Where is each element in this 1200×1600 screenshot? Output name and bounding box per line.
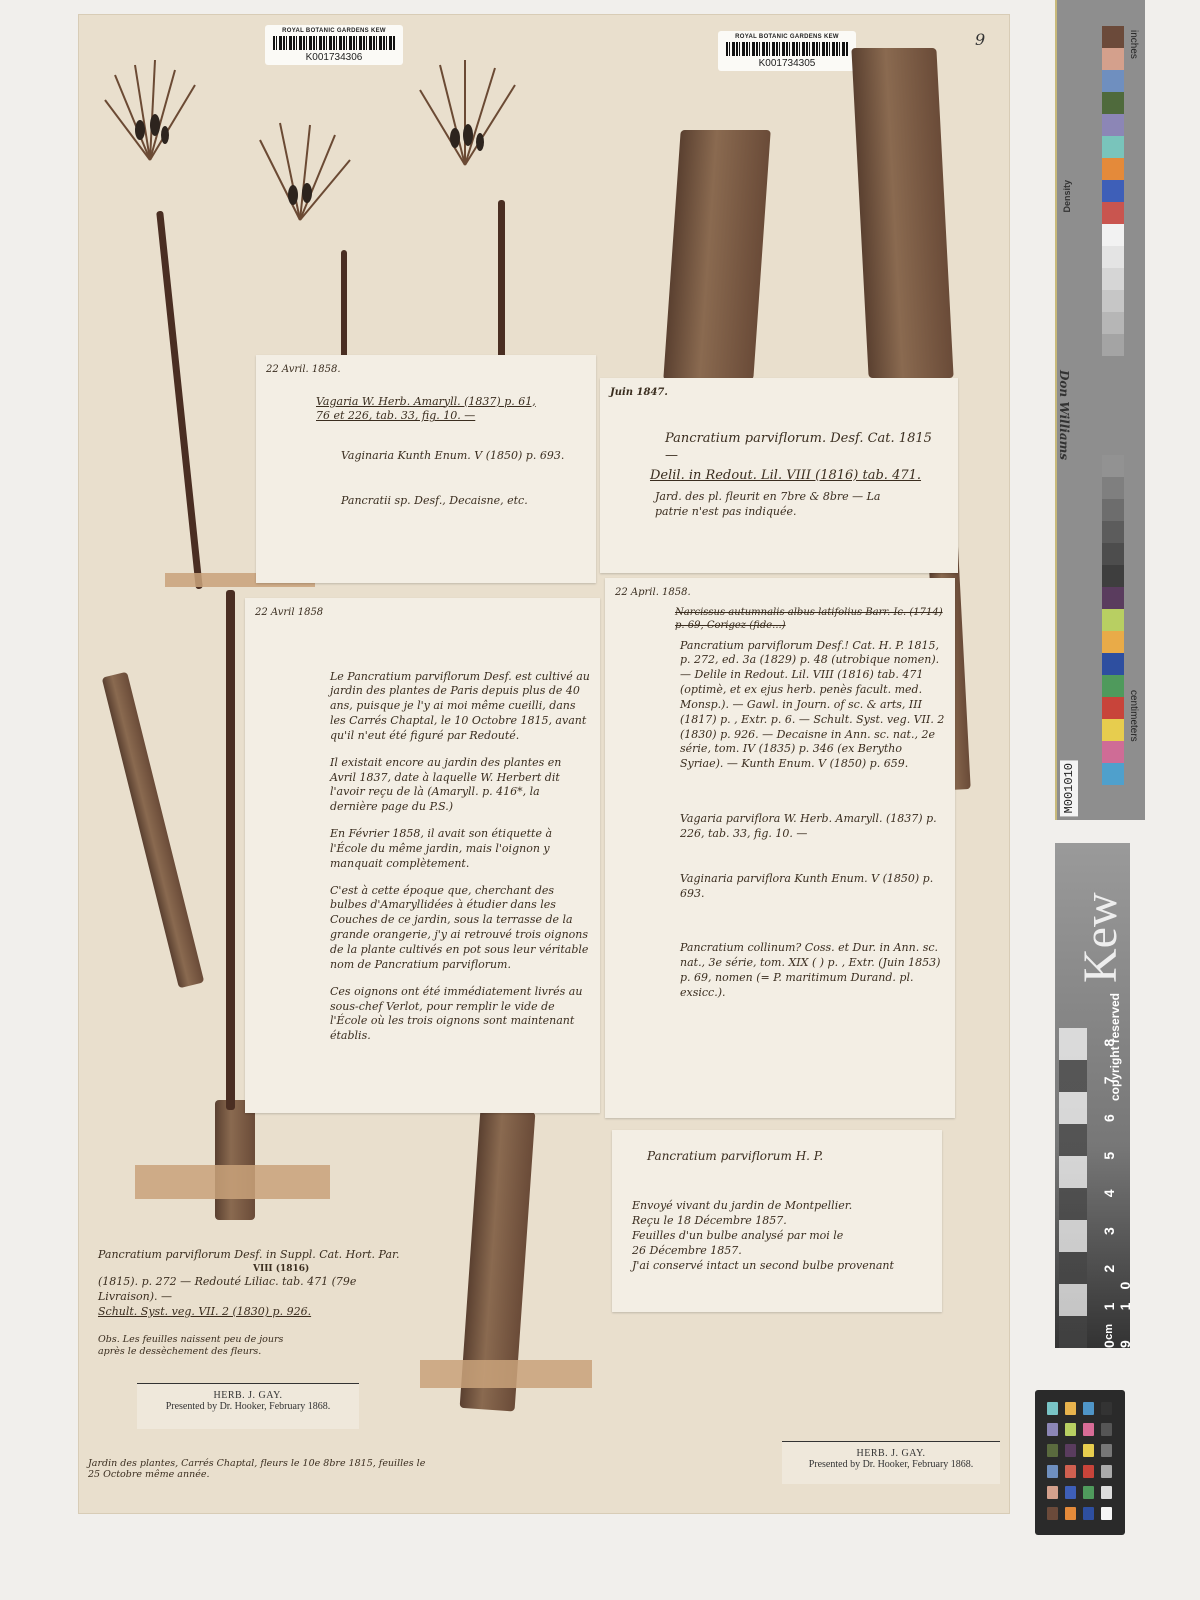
label-line: Pancratium parviflorum. Desf. Cat. 1815 … [665,430,948,465]
color-swatch [1102,26,1124,48]
checker-patch [1065,1486,1076,1499]
kew-logo: Kew [1073,892,1128,983]
label-date: Juin 1847. [610,386,948,400]
label-date: 22 April. 1858. [615,586,945,600]
label-line: Vaginaria Kunth Enum. V (1850) p. 693. [341,449,586,464]
color-swatch [1102,587,1124,609]
color-swatch [1102,675,1124,697]
color-swatch [1102,631,1124,653]
color-swatch [1102,719,1124,741]
label-line: Reçu le 18 Décembre 1857. [632,1214,932,1229]
herbarium-name: HERB. J. GAY. [782,1448,1000,1459]
color-swatch [1102,312,1124,334]
checker-patch [1047,1402,1058,1415]
color-swatch [1102,268,1124,290]
color-swatch [1102,246,1124,268]
unit-inches: inches [1128,30,1139,59]
checker-patch [1083,1444,1094,1457]
barcode-bars-icon [273,36,395,50]
checker-patch [1065,1402,1076,1415]
color-swatch [1102,48,1124,70]
catalog-id: M001010 [1060,760,1078,816]
label-line: Jard. des pl. fleurit en 7bre & 8bre — L… [655,490,948,505]
label-line: 26 Décembre 1857. [632,1244,932,1259]
barcode-bars-icon [726,42,848,56]
checker-patch [1047,1486,1058,1499]
checker-patch [1083,1465,1094,1478]
label-paragraph: En Février 1858, il avait son étiquette … [330,827,590,872]
color-swatch [1102,499,1124,521]
checker-gray-patch [1101,1402,1112,1415]
brand-label: Don Williams [1057,370,1071,460]
label-line: 76 et 226, tab. 33, fig. 10. — [316,409,586,424]
checker-patch [1083,1486,1094,1499]
color-swatch [1102,565,1124,587]
ruler-scale-bars [1059,1028,1087,1348]
barcode-institution: ROYAL BOTANIC GARDENS KEW [265,28,403,34]
mounting-tape [135,1165,330,1199]
struck-text: Narcissus autumnalis albus latifolius Ba… [675,606,945,633]
checker-patch [1047,1507,1058,1520]
color-swatch [1102,543,1124,565]
determination-label-vagaria: 22 Avril. 1858. Vagaria W. Herb. Amaryll… [256,355,596,583]
provenance-label-montpellier: Pancratium parviflorum H. P. Envoyé viva… [612,1130,942,1312]
herbarium-donor: Presented by Dr. Hooker, February 1868. [782,1459,1000,1470]
label-paragraph: Ces oignons ont été immédiatement livrés… [330,985,590,1044]
color-swatch [1102,224,1124,246]
color-swatch [1102,70,1124,92]
checker-patch [1065,1507,1076,1520]
color-swatch [1102,521,1124,543]
label-date: 22 Avril. 1858. [266,363,586,377]
color-swatch [1102,92,1124,114]
color-swatch [1102,477,1124,499]
checker-patch [1047,1444,1058,1457]
color-swatch [1102,158,1124,180]
barcode-label-1: ROYAL BOTANIC GARDENS KEW K001734306 [265,25,403,65]
herbarium-label-gay-left: HERB. J. GAY. Presented by Dr. Hooker, F… [137,1383,359,1429]
collection-note-line: 25 Octobre même année. [88,1469,438,1480]
label-line: Pancratium parviflorum Desf. in Suppl. C… [98,1248,413,1263]
herbarium-donor: Presented by Dr. Hooker, February 1868. [137,1401,359,1412]
color-swatch [1102,455,1124,477]
herbarium-name: HERB. J. GAY. [137,1390,359,1401]
kew-scale-ruler: Kew 0 1 2 3 4 5 6 7 8 9 10 copyright res… [1055,843,1130,1348]
ruler-unit: cm [1103,1324,1115,1340]
label-paragraph: Vaginaria parviflora Kunth Enum. V (1850… [680,872,945,902]
collection-note: Jardin des plantes, Carrés Chaptal, fleu… [88,1458,438,1480]
color-swatch [1102,136,1124,158]
barcode-number: K001734306 [265,52,403,63]
determination-label-juin-1847: Juin 1847. Pancratium parviflorum. Desf.… [600,378,958,573]
checker-patch [1047,1423,1058,1436]
scape-stem [341,250,347,360]
color-swatch [1102,202,1124,224]
annotation-label-avril-1858: 22 Avril 1858 Le Pancratium parviflorum … [245,598,600,1113]
checker-gray-patch [1101,1507,1112,1520]
checker-patch [1083,1402,1094,1415]
color-swatch [1102,741,1124,763]
density-label: Density [1062,180,1072,213]
color-swatch [1102,653,1124,675]
barcode-institution: ROYAL BOTANIC GARDENS KEW [718,34,856,40]
label-line: Schult. Syst. veg. VII. 2 (1830) p. 926. [98,1305,413,1320]
color-swatch [1102,697,1124,719]
label-line: VIII (1816) [253,1263,413,1275]
leaf-blade [663,130,770,380]
checker-patch [1065,1444,1076,1457]
label-paragraph: Vagaria parviflora W. Herb. Amaryll. (18… [680,812,945,842]
flower-umbel-icon [245,115,355,225]
checker-patch [1065,1465,1076,1478]
label-paragraph: Il existait encore au jardin des plantes… [330,756,590,815]
checker-gray-patch [1101,1465,1112,1478]
corner-mark: 9 [975,30,985,49]
label-line: Feuilles d'un bulbe analysé par moi le [632,1229,932,1244]
checker-patch [1065,1423,1076,1436]
scape-stem [498,200,505,360]
color-swatch [1102,114,1124,136]
flower-umbel-icon [95,55,205,165]
barcode-label-2: ROYAL BOTANIC GARDENS KEW K001734305 [718,31,856,71]
color-swatch [1102,290,1124,312]
label-paragraph: Le Pancratium parviflorum Desf. est cult… [330,670,590,744]
checker-patch [1047,1465,1058,1478]
mounting-tape [420,1360,592,1388]
collection-note-line: Jardin des plantes, Carrés Chaptal, fleu… [88,1458,438,1469]
label-line: Pancratii sp. Desf., Decaisne, etc. [341,494,586,509]
barcode-number: K001734305 [718,58,856,69]
herbarium-label-gay-right: HERB. J. GAY. Presented by Dr. Hooker, F… [782,1441,1000,1484]
label-line: patrie n'est pas indiquée. [655,505,948,520]
label-line: (1815). p. 272 — Redouté Liliac. tab. 47… [98,1275,413,1305]
color-swatch [1102,334,1124,356]
color-swatch [1102,763,1124,785]
synonymy-label-april-1858: 22 April. 1858. Narcissus autumnalis alb… [605,578,955,1118]
label-line: Envoyé vivant du jardin de Montpellier. [632,1199,932,1214]
label-observation: Obs. Les feuilles naissent peu de jours … [98,1334,298,1360]
color-swatch [1102,180,1124,202]
leaf-blade [851,48,953,378]
checker-gray-patch [1101,1423,1112,1436]
bulb [215,1100,255,1220]
label-line: Delil. in Redout. Lil. VIII (1816) tab. … [650,467,948,485]
label-date: 22 Avril 1858 [255,606,590,620]
scape-stem [226,590,235,1110]
color-checker-card [1035,1390,1125,1535]
copyright-text: copyright reserved [1108,993,1122,1101]
label-paragraph: Pancratium collinum? Coss. et Dur. in An… [680,941,945,1000]
checker-patch [1083,1423,1094,1436]
checker-gray-patch [1101,1486,1112,1499]
color-swatch [1102,609,1124,631]
label-line: J'ai conservé intact un second bulbe pro… [632,1259,932,1274]
label-paragraph: Pancratium parviflorum Desf.! Cat. H. P.… [680,639,945,773]
checker-gray-patch [1101,1444,1112,1457]
unit-centimeters: centimeters [1128,690,1139,742]
flower-umbel-icon [410,60,520,170]
label-paragraph: C'est à cette époque que, cherchant des … [330,884,590,973]
checker-patch [1083,1507,1094,1520]
label-line: Vagaria W. Herb. Amaryll. (1837) p. 61, [316,395,586,410]
label-title: Pancratium parviflorum H. P. [647,1148,932,1164]
